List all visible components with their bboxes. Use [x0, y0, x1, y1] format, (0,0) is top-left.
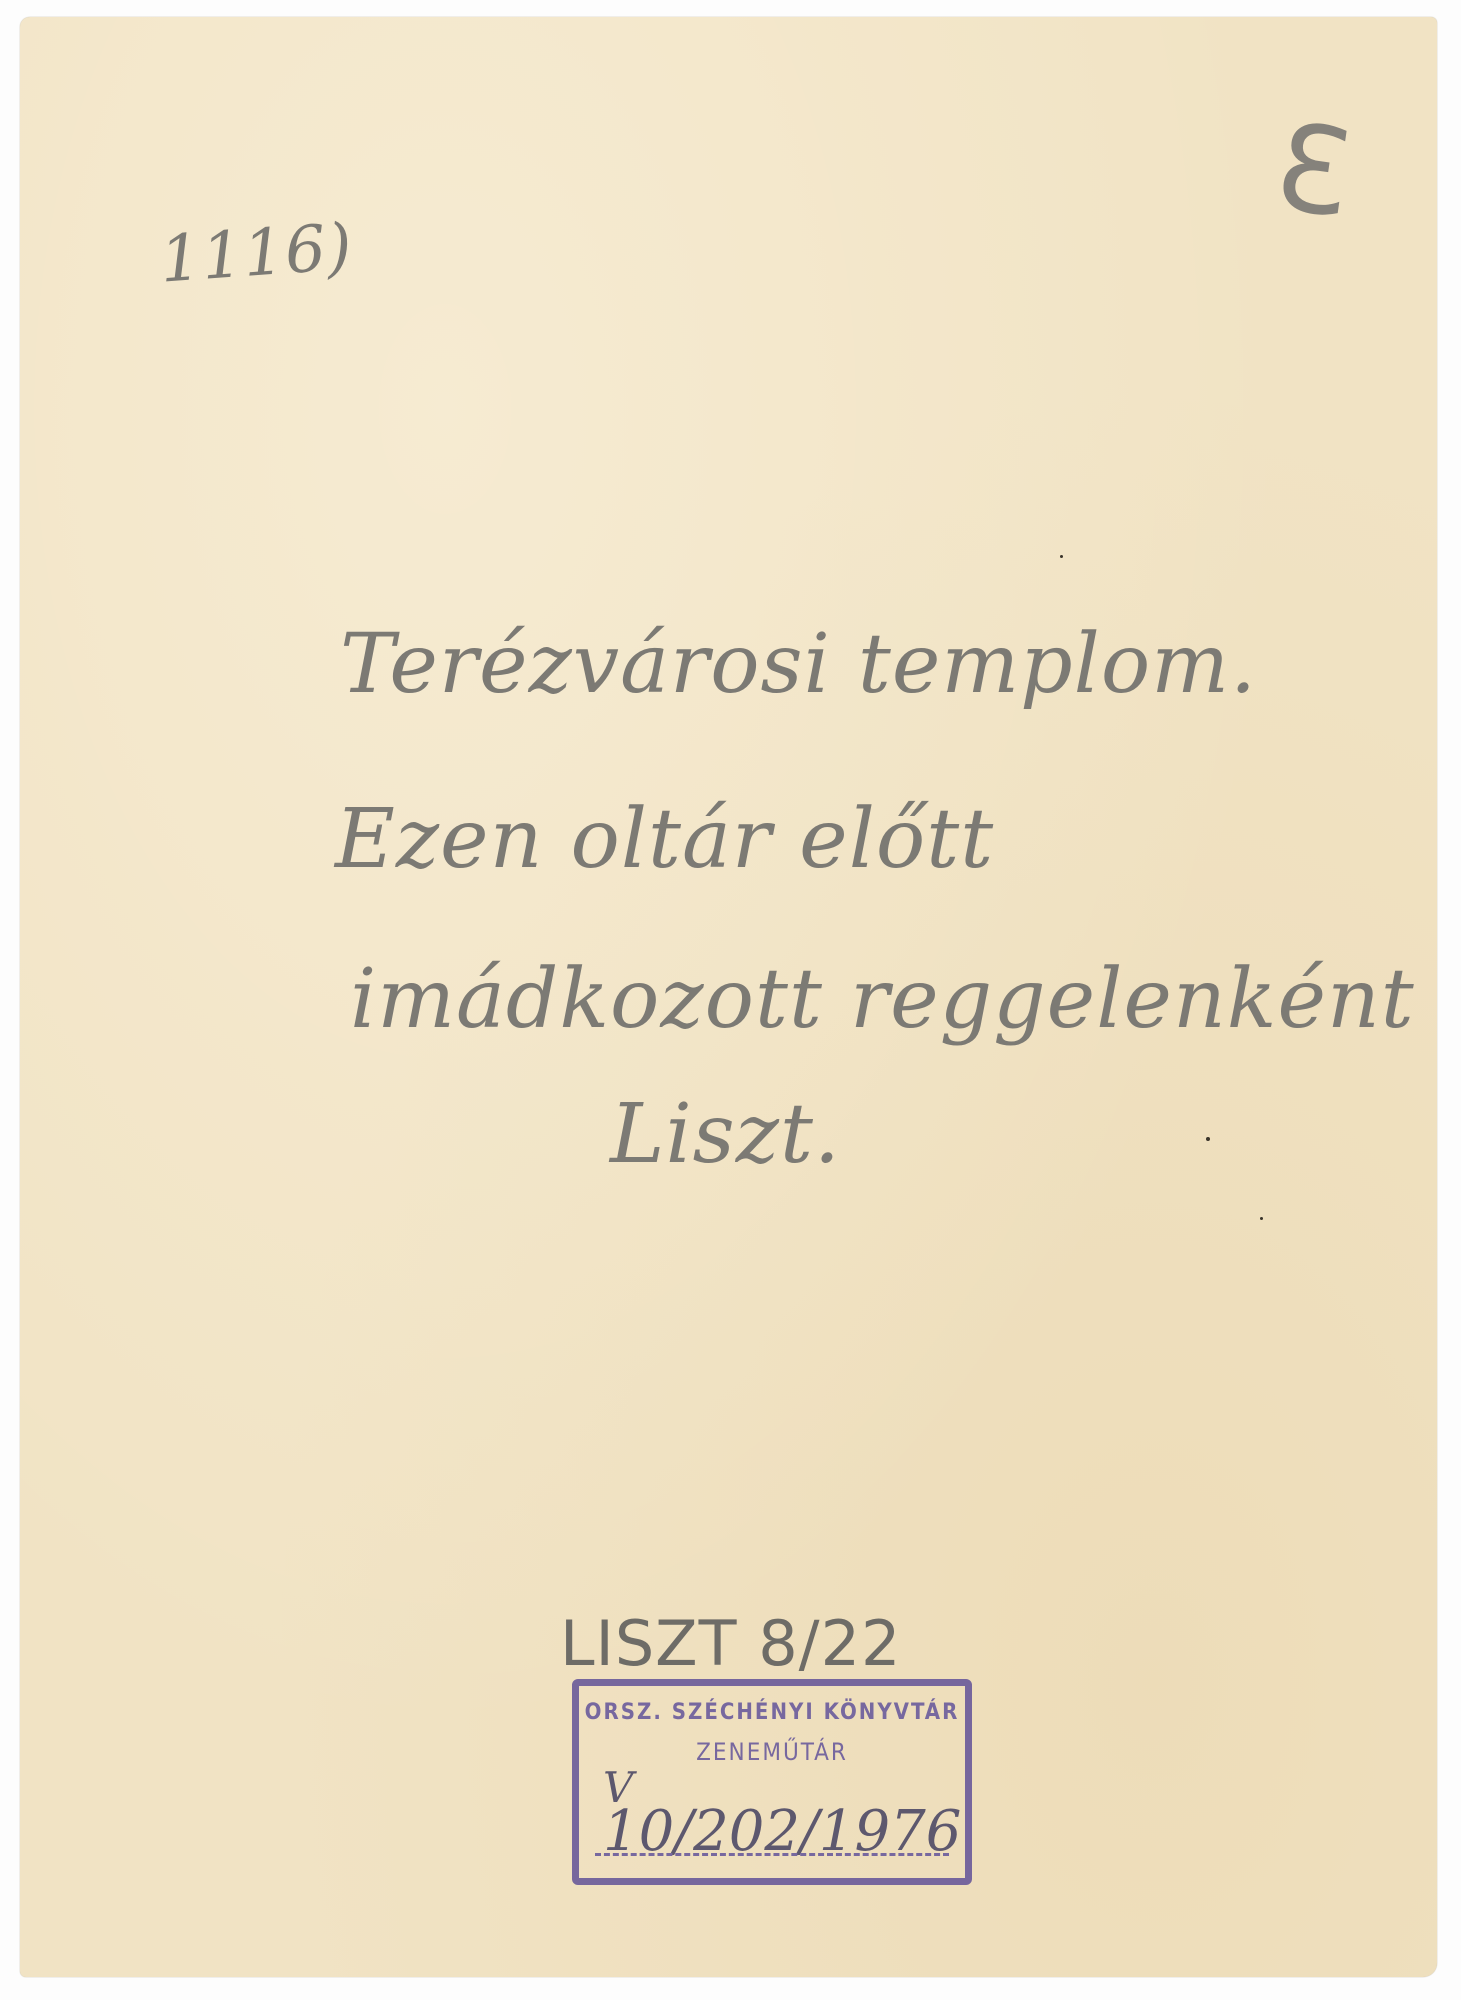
stamp-department: ZENEMŰTÁR [579, 1738, 965, 1766]
library-stamp: ORSZ. SZÉCHÉNYI KÖNYVTÁR ZENEMŰTÁR V 10/… [572, 1679, 972, 1885]
inventory-number-note: 1116) [158, 210, 356, 297]
caption-line-4-signature: Liszt. [610, 1087, 841, 1182]
stamp-dashed-rule [595, 1853, 949, 1856]
paper-speck [1060, 555, 1063, 558]
corner-mark: 3 [1266, 97, 1362, 245]
paper-speck [1260, 1217, 1263, 1220]
stamp-institution: ORSZ. SZÉCHÉNYI KÖNYVTÁR [579, 1700, 965, 1725]
caption-line-1: Terézvárosi templom. [340, 617, 1257, 712]
caption-line-2: Ezen oltár előtt [335, 792, 994, 887]
shelfmark-note: LISZT 8/22 [560, 1607, 901, 1680]
stamp-accession-number: V 10/202/1976 [603, 1781, 961, 1864]
caption-line-3: imádkozott reggelenként [350, 952, 1415, 1047]
photo-card-verso: 1116) 3 Terézvárosi templom. Ezen oltár … [20, 17, 1437, 1977]
stamp-number-prefix: V [603, 1763, 633, 1812]
paper-speck [1206, 1137, 1210, 1141]
